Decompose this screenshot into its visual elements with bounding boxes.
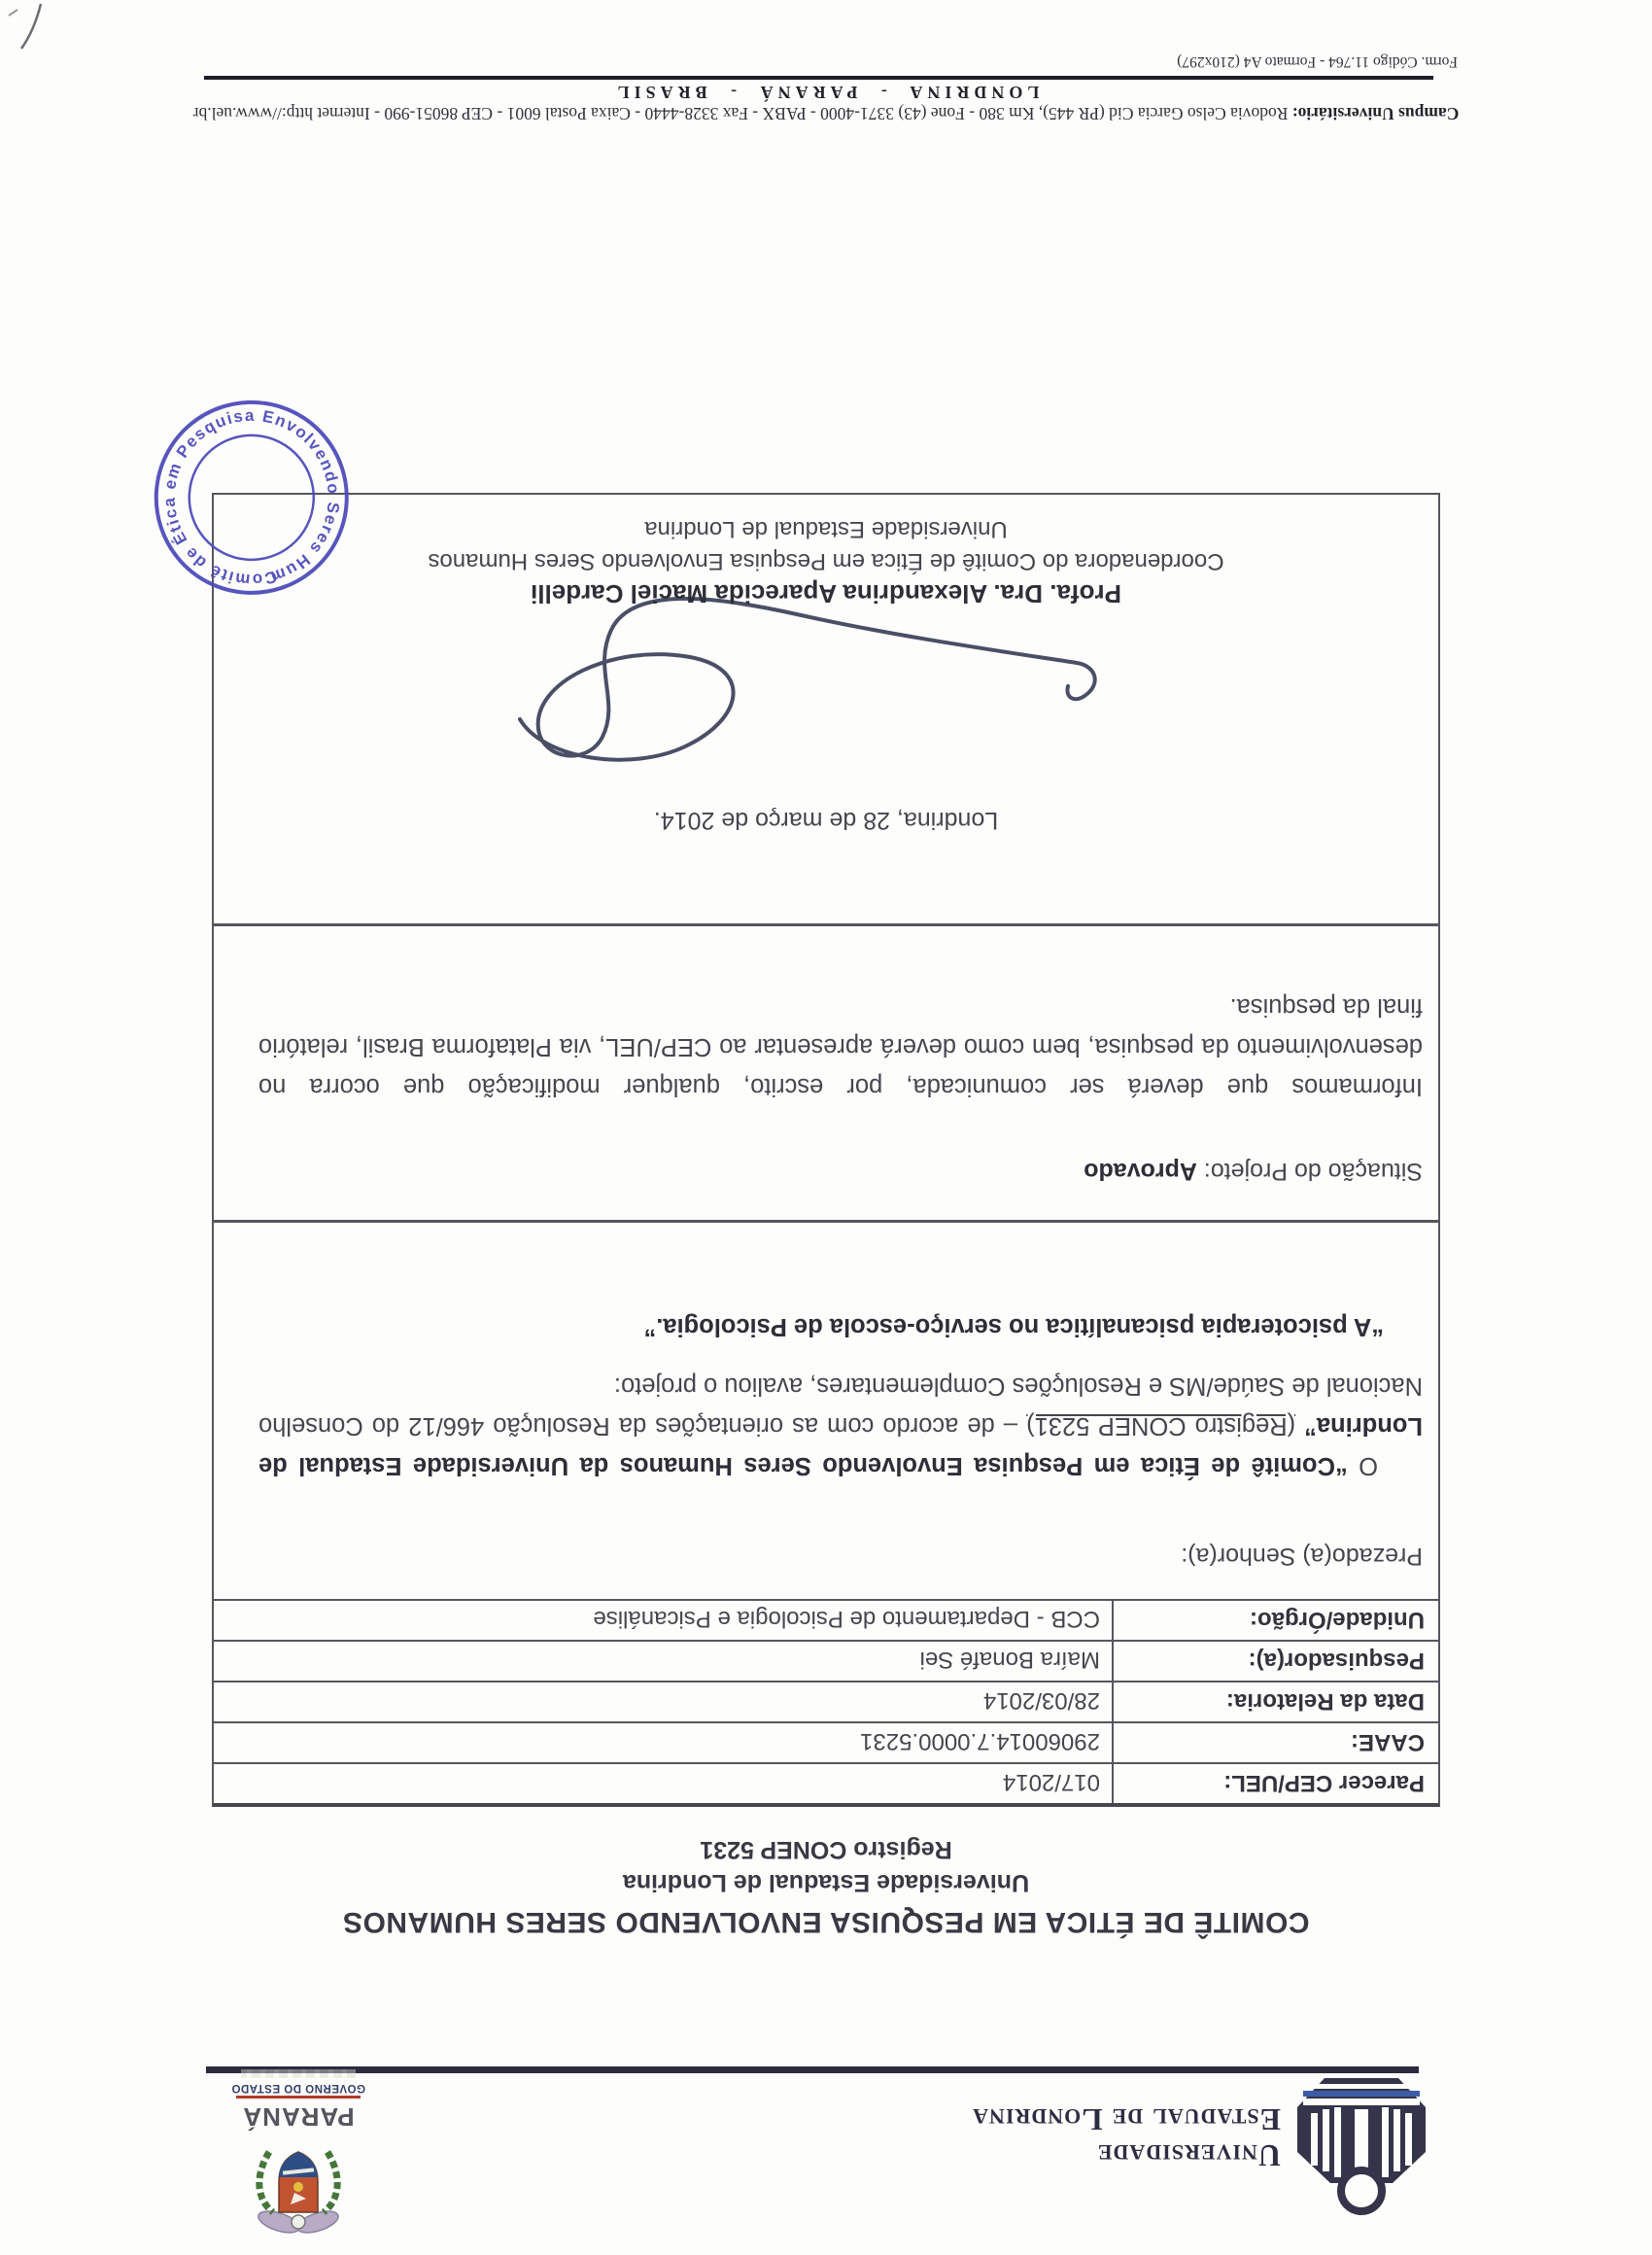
row-label: Pesquisador(a): <box>1112 1642 1438 1681</box>
signer-role: Coordenadora do Comitê de Ética em Pesqu… <box>214 545 1438 577</box>
signer-block: Profa. Dra. Alexandrina Aparecida Maciel… <box>214 513 1438 609</box>
faded-print-artifact <box>241 2069 356 2078</box>
uel-logo-icon <box>1297 2065 1426 2216</box>
project-status-line: Situação do Projeto: Aprovado <box>258 1157 1423 1220</box>
project-evaluation-section: Prezado(a) Senhor(a): O “Comitê de Ética… <box>214 1220 1438 1599</box>
paragraph-text: O <box>1348 1452 1378 1479</box>
parana-coat-of-arms-icon <box>254 2138 343 2238</box>
footer-address-line: Campus Universitário: Rodovia Celso Garc… <box>0 103 1652 123</box>
signature-section: Londrina, 28 de março de 2014. Profa. Dr… <box>214 492 1438 923</box>
status-label: Situação do Projeto: <box>1197 1158 1423 1185</box>
university-name-line1: Universidade <box>972 2137 1281 2173</box>
footer-form-code: Form. Código 11.764 - Formato A4 (210x29… <box>1177 52 1458 70</box>
document-title: COMITÊ DE ÉTICA EM PESQUISA ENVOLVENDO S… <box>0 1905 1652 1938</box>
scan-corner-artifact <box>4 0 47 52</box>
parana-government-logo: PARANÁ GOVERNO DO ESTADO <box>225 2069 371 2238</box>
parana-state-name: PARANÁ <box>225 2101 371 2132</box>
table-row: Parecer CEP/UEL: 017/2014 <box>214 1762 1438 1803</box>
table-row: Unidade/Órgão: CCB - Departamento de Psi… <box>214 1599 1438 1640</box>
row-label: Data da Relatoria: <box>1112 1683 1438 1721</box>
notification-paragraph: Informamos que deverá ser comunicada, po… <box>258 987 1423 1106</box>
row-label: Parecer CEP/UEL: <box>1112 1764 1438 1803</box>
conep-registry: Registro CONEP 5231 <box>0 1835 1652 1863</box>
scanned-document-upside-down: Universidade Estadual de Londrina PARANÁ… <box>0 0 1652 2255</box>
footer-campus-text: Rodovia Celso Garcia Cid (PR 445), Km 38… <box>193 104 1292 123</box>
footer-campus-label: Campus Universitário: <box>1292 104 1460 123</box>
row-value: 017/2014 <box>214 1764 1112 1803</box>
row-value: CCB - Departamento de Psicologia e Psica… <box>214 1601 1112 1640</box>
date-line: Londrina, 28 de março de 2014. <box>214 806 1438 834</box>
status-value-approved: Aprovado <box>1084 1158 1197 1185</box>
document-title-block: COMITÊ DE ÉTICA EM PESQUISA ENVOLVENDO S… <box>0 1835 1652 1938</box>
registry-underlined: (Registro CONEP 5231) <box>1026 1412 1295 1440</box>
row-label: Unidade/Órgão: <box>1112 1601 1438 1640</box>
letterhead-rule <box>206 2066 1419 2073</box>
document-subtitle: Universidade Estadual de Londrina <box>0 1868 1652 1896</box>
parana-government-label: GOVERNO DO ESTADO <box>225 2082 371 2094</box>
parana-red-rule <box>236 2096 361 2099</box>
signer-name: Profa. Dra. Alexandrina Aparecida Maciel… <box>214 577 1438 609</box>
row-value: Maíra Bonafé Sei <box>214 1642 1112 1681</box>
table-row: CAAE: 29060014.7.0000.5231 <box>214 1721 1438 1762</box>
footer-rule <box>204 76 1433 80</box>
committee-paragraph: O “Comitê de Ética em Pesquisa Envolvend… <box>258 1366 1423 1485</box>
university-name: Universidade Estadual de Londrina <box>972 2101 1281 2173</box>
salutation: Prezado(a) Senhor(a): <box>258 1542 1423 1599</box>
project-title: “A psicoterapia psicanalítica no serviço… <box>258 1312 1423 1340</box>
row-value: 29060014.7.0000.5231 <box>214 1723 1112 1762</box>
footer-location-line: LONDRINA - PARANÁ - BRASIL <box>0 82 1652 102</box>
signer-institution: Universidade Estadual de Londrina <box>214 513 1438 545</box>
university-name-line2: Estadual de Londrina <box>972 2101 1281 2137</box>
table-row: Pesquisador(a): Maíra Bonafé Sei <box>214 1640 1438 1681</box>
content-frame: Parecer CEP/UEL: 017/2014 CAAE: 29060014… <box>212 493 1440 1807</box>
status-section: Situação do Projeto: Aprovado Informamos… <box>214 923 1438 1220</box>
row-value: 28/03/2014 <box>214 1683 1112 1721</box>
table-row: Data da Relatoria: 28/03/2014 <box>214 1681 1438 1721</box>
row-label: CAAE: <box>1112 1723 1438 1762</box>
